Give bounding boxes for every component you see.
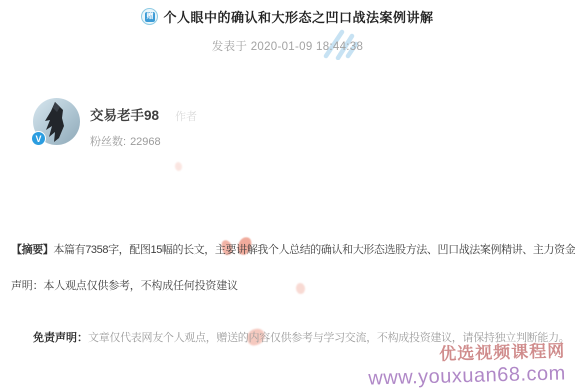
author-avatar[interactable]: V xyxy=(33,98,80,145)
gift-badge-glyph: 赠 xyxy=(145,12,155,22)
author-name[interactable]: 交易老手98 xyxy=(90,104,159,124)
publish-date: 发表于 2020-01-09 18:44:38 xyxy=(0,38,575,54)
page-title: 个人眼中的确认和大形态之凹口战法案例讲解 xyxy=(163,7,433,26)
disclaimer-text: 文章仅代表网友个人观点，赠送的内容仅供参考与学习交流，不构成投资建议，请保持独立… xyxy=(88,332,570,344)
statement-line: 声明：本人观点仅供参考，不构成任何投资建议 xyxy=(11,277,569,293)
abstract-text: 本篇有7358字，配图15幅的长文，主要讲解我个人总结的确认和大形态选股方法、凹… xyxy=(53,244,575,256)
gift-badge-icon: 赠 xyxy=(141,8,158,25)
author-info: 交易老手98 作者 粉丝数:22968 xyxy=(90,98,197,149)
abstract-line: 【摘要】本篇有7358字，配图15幅的长文，主要讲解我个人总结的确认和大形态选股… xyxy=(11,241,569,257)
disclaimer-label: 免责声明： xyxy=(33,332,88,344)
author-card: V 交易老手98 作者 粉丝数:22968 xyxy=(33,98,197,149)
title-row: 赠 个人眼中的确认和大形态之凹口战法案例讲解 xyxy=(0,7,575,26)
abstract-label: 【摘要】 xyxy=(11,244,53,256)
fans-count: 22968 xyxy=(130,136,161,148)
verified-badge-icon: V xyxy=(31,131,46,146)
fans-label: 粉丝数: xyxy=(90,136,126,148)
fans-row: 粉丝数:22968 xyxy=(90,133,197,149)
summary-block: 【摘要】本篇有7358字，配图15幅的长文，主要讲解我个人总结的确认和大形态选股… xyxy=(11,241,569,293)
disclaimer-line: 免责声明：文章仅代表网友个人观点，赠送的内容仅供参考与学习交流，不构成投资建议，… xyxy=(33,329,553,345)
red-watermark-smudge xyxy=(174,161,182,171)
article-page: 赠 个人眼中的确认和大形态之凹口战法案例讲解 发表于 2020-01-09 18… xyxy=(0,0,575,392)
site-watermark-url: www.youxuan68.com xyxy=(368,362,566,390)
author-role-label: 作者 xyxy=(175,108,197,124)
